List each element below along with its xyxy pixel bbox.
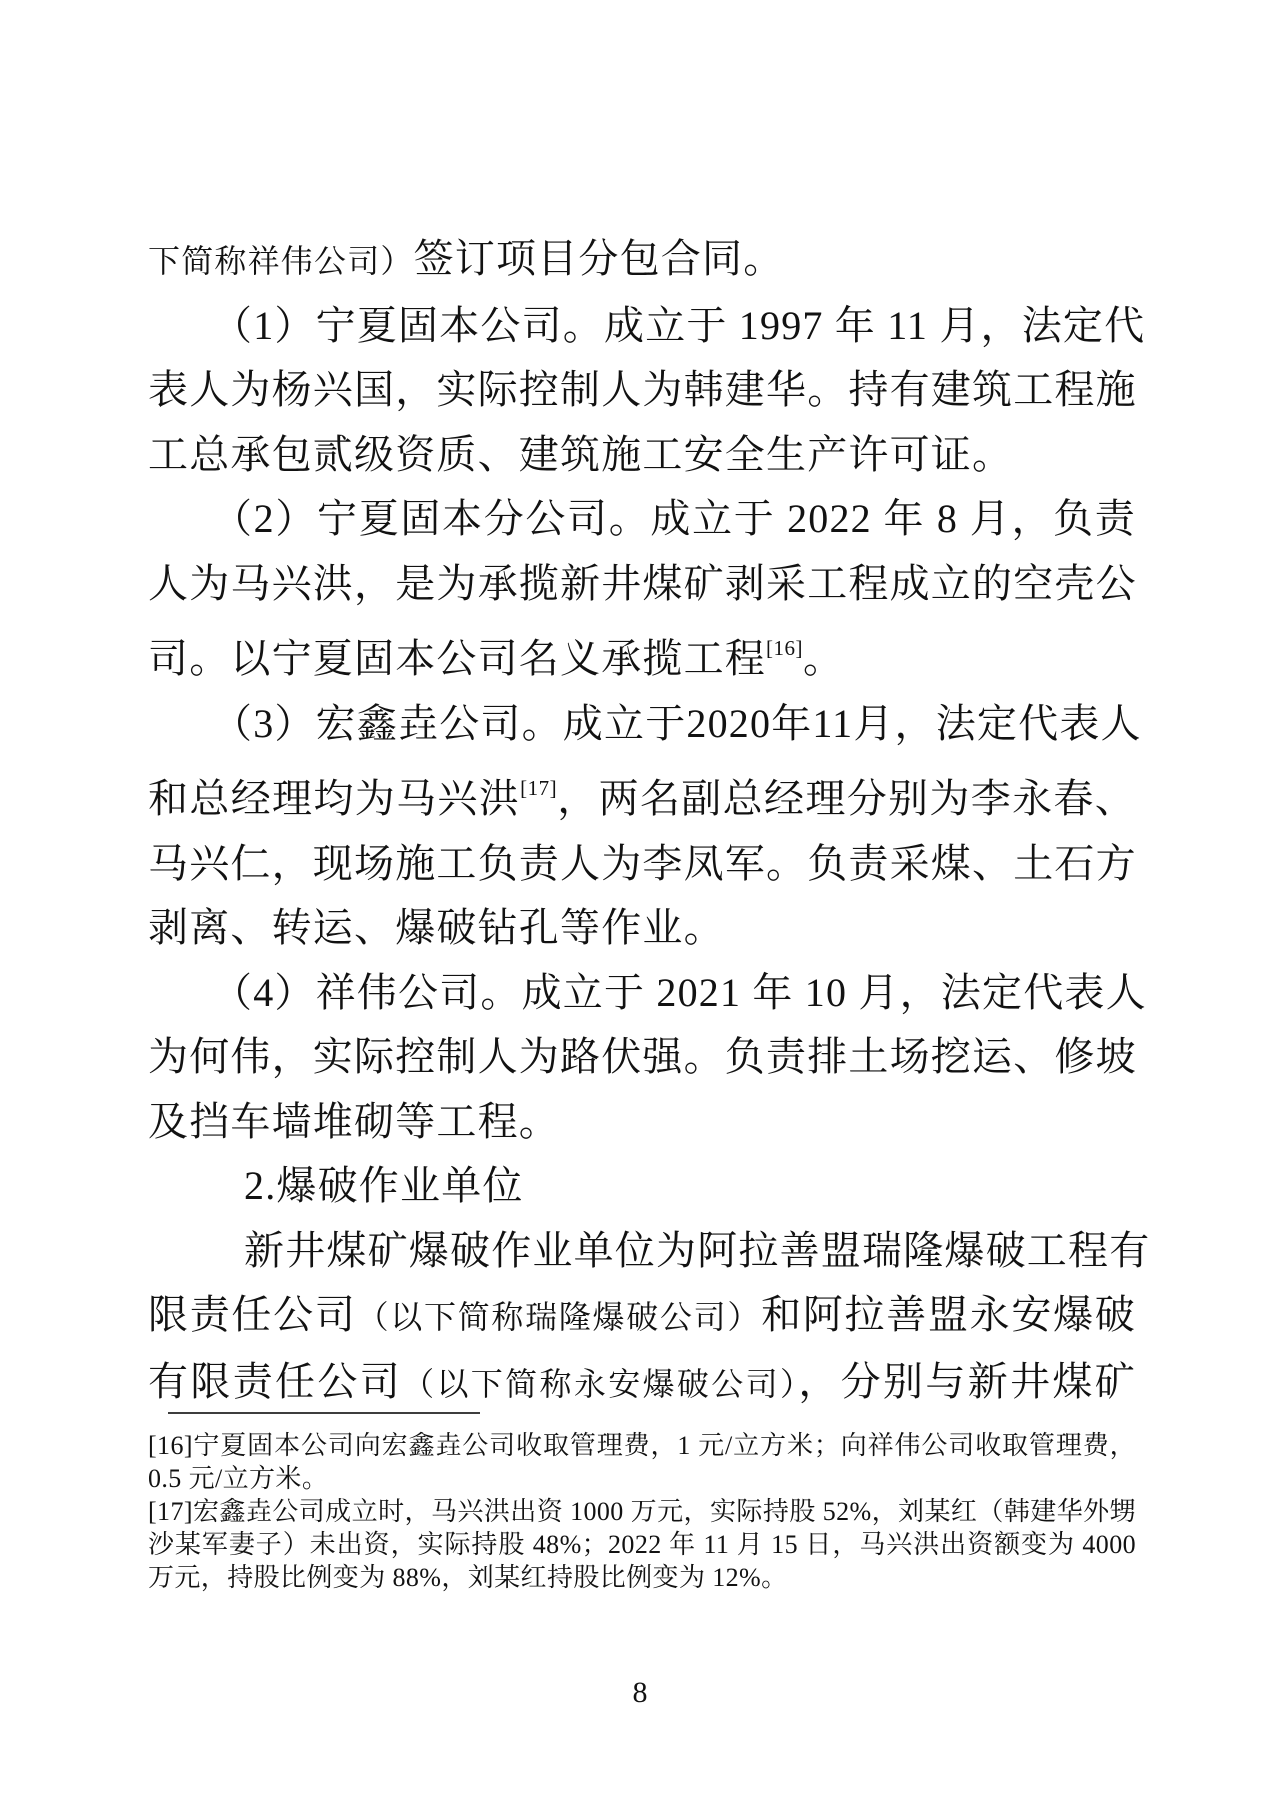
footnote-line: [16]宁夏固本公司向宏鑫垚公司收取管理费，1 元/立方米；向祥伟公司收取管理费… (148, 1429, 1136, 1462)
text-segment: 和总经理均为马兴洪 (148, 776, 520, 821)
text-segment: 司。以宁夏固本公司名义承揽工程 (148, 636, 766, 681)
text-segment: 工总承包贰级资质、建筑施工安全生产许可证。 (148, 432, 1013, 477)
text-segment: 万元，持股比例变为 88%，刘某红持股比例变为 12%。 (148, 1563, 788, 1592)
text-segment: （2）宁夏固本分公司。成立于 2022 年 8 月，负责 (212, 496, 1136, 541)
body-line: （4）祥伟公司。成立于 2021 年 10 月，法定代表人 (148, 961, 1136, 1026)
text-segment: 和阿拉善盟永安爆破 (761, 1292, 1136, 1337)
body-line: 司。以宁夏固本公司名义承揽工程[16]。 (148, 616, 1136, 692)
text-segment: （4）祥伟公司。成立于 2021 年 10 月，法定代表人 (212, 970, 1147, 1015)
text-segment: ，两名副总经理分别为李永春、 (557, 776, 1136, 821)
text-segment: （1）宁夏固本公司。成立于 1997 年 11 月，法定代 (212, 303, 1145, 348)
text-segment: [17]宏鑫垚公司成立时，马兴洪出资 1000 万元，实际持股 52%，刘某红（… (148, 1497, 1136, 1526)
document-body: 下简称祥伟公司）签订项目分包合同。（1）宁夏固本公司。成立于 1997 年 11… (148, 227, 1136, 1416)
body-line: 有限责任公司（以下简称永安爆破公司），分别与新井煤矿 (148, 1350, 1136, 1417)
footnote-line: 沙某军妻子）未出资，实际持股 48%；2022 年 11 月 15 日，马兴洪出… (148, 1528, 1136, 1561)
body-line: 和总经理均为马兴洪[17]，两名副总经理分别为李永春、 (148, 756, 1136, 832)
body-line: 为何伟，实际控制人为路伏强。负责排土场挖运、修坡 (148, 1025, 1136, 1090)
text-segment: （3）宏鑫垚公司。成立于2020年11月，法定代表人 (212, 701, 1142, 746)
document-page: 下简称祥伟公司）签订项目分包合同。（1）宁夏固本公司。成立于 1997 年 11… (0, 0, 1280, 1809)
text-segment: 下简称祥伟公司） (148, 243, 414, 279)
text-segment: 沙某军妻子）未出资，实际持股 48%；2022 年 11 月 15 日，马兴洪出… (148, 1530, 1136, 1559)
body-line: 下简称祥伟公司）签订项目分包合同。 (148, 227, 1136, 294)
body-line: 限责任公司（以下简称瑞隆爆破公司）和阿拉善盟永安爆破 (148, 1283, 1136, 1350)
footnote-ref: [17] (520, 776, 557, 800)
footnote-line: 万元，持股比例变为 88%，刘某红持股比例变为 12%。 (148, 1561, 1136, 1594)
text-segment: 马兴仁，现场施工负责人为李凤军。负责采煤、土石方 (148, 841, 1137, 886)
text-segment: 有限责任公司 (148, 1359, 402, 1404)
text-segment: 及挡车墙堆砌等工程。 (148, 1099, 560, 1144)
footnote-line: 0.5 元/立方米。 (148, 1462, 1136, 1495)
footnote-line: [17]宏鑫垚公司成立时，马兴洪出资 1000 万元，实际持股 52%，刘某红（… (148, 1495, 1136, 1528)
body-line: 及挡车墙堆砌等工程。 (148, 1090, 1136, 1155)
text-segment: ，分别与新井煤矿 (798, 1359, 1136, 1404)
body-line: 工总承包贰级资质、建筑施工安全生产许可证。 (148, 423, 1136, 488)
page-number: 8 (0, 1676, 1280, 1710)
body-line: 表人为杨兴国，实际控制人为韩建华。持有建筑工程施 (148, 358, 1136, 423)
text-segment: 。 (803, 636, 844, 681)
text-segment: 限责任公司 (148, 1292, 357, 1337)
text-segment: 剥离、转运、爆破钻孔等作业。 (148, 905, 725, 950)
body-line: 剥离、转运、爆破钻孔等作业。 (148, 896, 1136, 961)
text-segment: 2.爆破作业单位 (244, 1163, 524, 1208)
text-segment: 为何伟，实际控制人为路伏强。负责排土场挖运、修坡 (148, 1034, 1137, 1079)
text-segment: 人为马兴洪，是为承揽新井煤矿剥采工程成立的空壳公 (148, 561, 1137, 606)
body-line: （2）宁夏固本分公司。成立于 2022 年 8 月，负责 (148, 487, 1136, 552)
body-line: （3）宏鑫垚公司。成立于2020年11月，法定代表人 (148, 692, 1136, 757)
body-line: 2.爆破作业单位 (148, 1154, 1136, 1219)
text-segment: 0.5 元/立方米。 (148, 1464, 328, 1493)
footnote-separator (168, 1412, 480, 1414)
text-segment: （以下简称瑞隆爆破公司） (357, 1299, 762, 1335)
text-segment: 表人为杨兴国，实际控制人为韩建华。持有建筑工程施 (148, 367, 1137, 412)
body-line: 新井煤矿爆破作业单位为阿拉善盟瑞隆爆破工程有 (148, 1219, 1136, 1284)
text-segment: 新井煤矿爆破作业单位为阿拉善盟瑞隆爆破工程有 (244, 1228, 1150, 1273)
text-segment: 签订项目分包合同。 (414, 236, 785, 281)
text-segment: （以下简称永安爆破公司） (402, 1366, 798, 1402)
body-line: 马兴仁，现场施工负责人为李凤军。负责采煤、土石方 (148, 832, 1136, 897)
text-segment: [16]宁夏固本公司向宏鑫垚公司收取管理费，1 元/立方米；向祥伟公司收取管理费… (148, 1431, 1136, 1460)
footnote-block: [16]宁夏固本公司向宏鑫垚公司收取管理费，1 元/立方米；向祥伟公司收取管理费… (148, 1429, 1136, 1594)
body-line: （1）宁夏固本公司。成立于 1997 年 11 月，法定代 (148, 294, 1136, 359)
footnote-ref: [16] (766, 636, 803, 660)
body-line: 人为马兴洪，是为承揽新井煤矿剥采工程成立的空壳公 (148, 552, 1136, 617)
